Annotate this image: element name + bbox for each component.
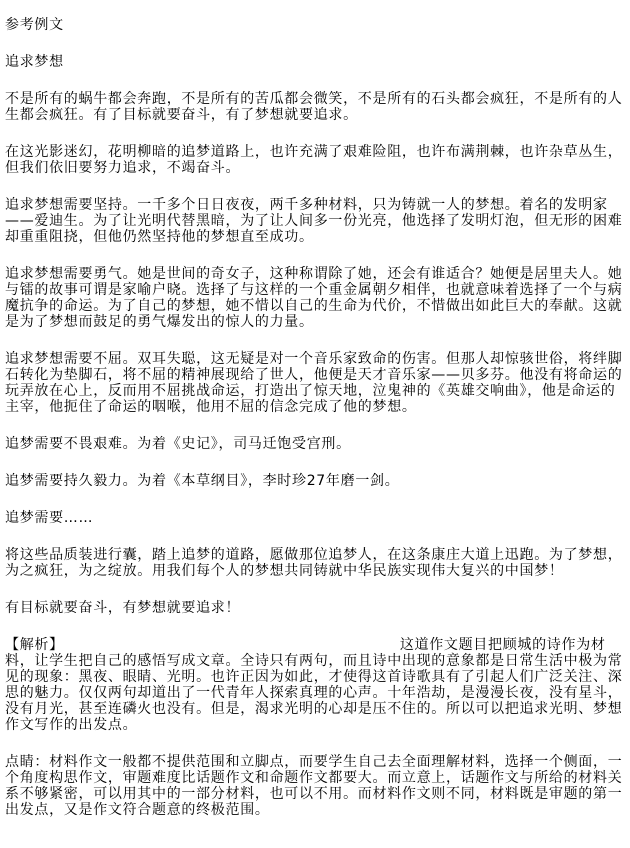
analysis-label: 【解析】	[5, 637, 64, 653]
essay-paragraph-9: 将这些品质装进行囊，踏上追梦的道路，愿做那位追梦人，在这条康庄大道上迅跑。为了梦…	[5, 547, 627, 579]
document-label: 参考例文	[5, 17, 627, 33]
analysis-indent-spacer	[64, 648, 400, 649]
analysis-text: 这道作文题目把顾城的诗作为材料，让学生把自己的感悟写成文章。全诗只有两句，而且诗…	[5, 637, 622, 733]
essay-paragraph-8: 追梦需要……	[5, 510, 627, 526]
document-page: 参考例文 追求梦想 不是所有的蜗牛都会奔跑，不是所有的苦瓜都会微笑，不是所有的石…	[0, 0, 630, 848]
essay-paragraph-2: 在这光影迷幻，花明柳暗的追梦道路上，也许充满了艰难险阻，也许布满荆棘，也许杂草丛…	[5, 144, 627, 176]
analysis-paragraph: 【解析】这道作文题目把顾城的诗作为材料，让学生把自己的感悟写成文章。全诗只有两句…	[5, 637, 627, 733]
tips-paragraph: 点睛：材料作文一般都不提供范围和立脚点，而要学生自己去全面理解材料，选择一个侧面…	[5, 754, 627, 818]
essay-paragraph-3: 追求梦想需要坚持。一千多个日日夜夜，两千多种材料，只为铸就一人的梦想。着名的发明…	[5, 197, 627, 245]
essay-paragraph-5: 追求梦想需要不屈。双耳失聪，这无疑是对一个音乐家致命的伤害。但那人却惊骇世俗，将…	[5, 351, 627, 415]
essay-paragraph-10: 有目标就要奋斗，有梦想就要追求！	[5, 600, 627, 616]
essay-paragraph-4: 追求梦想需要勇气。她是世间的奇女子，这种称谓除了她，还会有谁适合？她便是居里夫人…	[5, 266, 627, 330]
essay-paragraph-1: 不是所有的蜗牛都会奔跑，不是所有的苦瓜都会微笑，不是所有的石头都会疯狂，不是所有…	[5, 91, 627, 123]
essay-paragraph-7: 追梦需要持久毅力。为着《本草纲目》，李时珍27年磨一剑。	[5, 473, 627, 489]
essay-title: 追求梦想	[5, 54, 627, 70]
essay-paragraph-6: 追梦需要不畏艰难。为着《史记》，司马迁饱受宫刑。	[5, 436, 627, 452]
